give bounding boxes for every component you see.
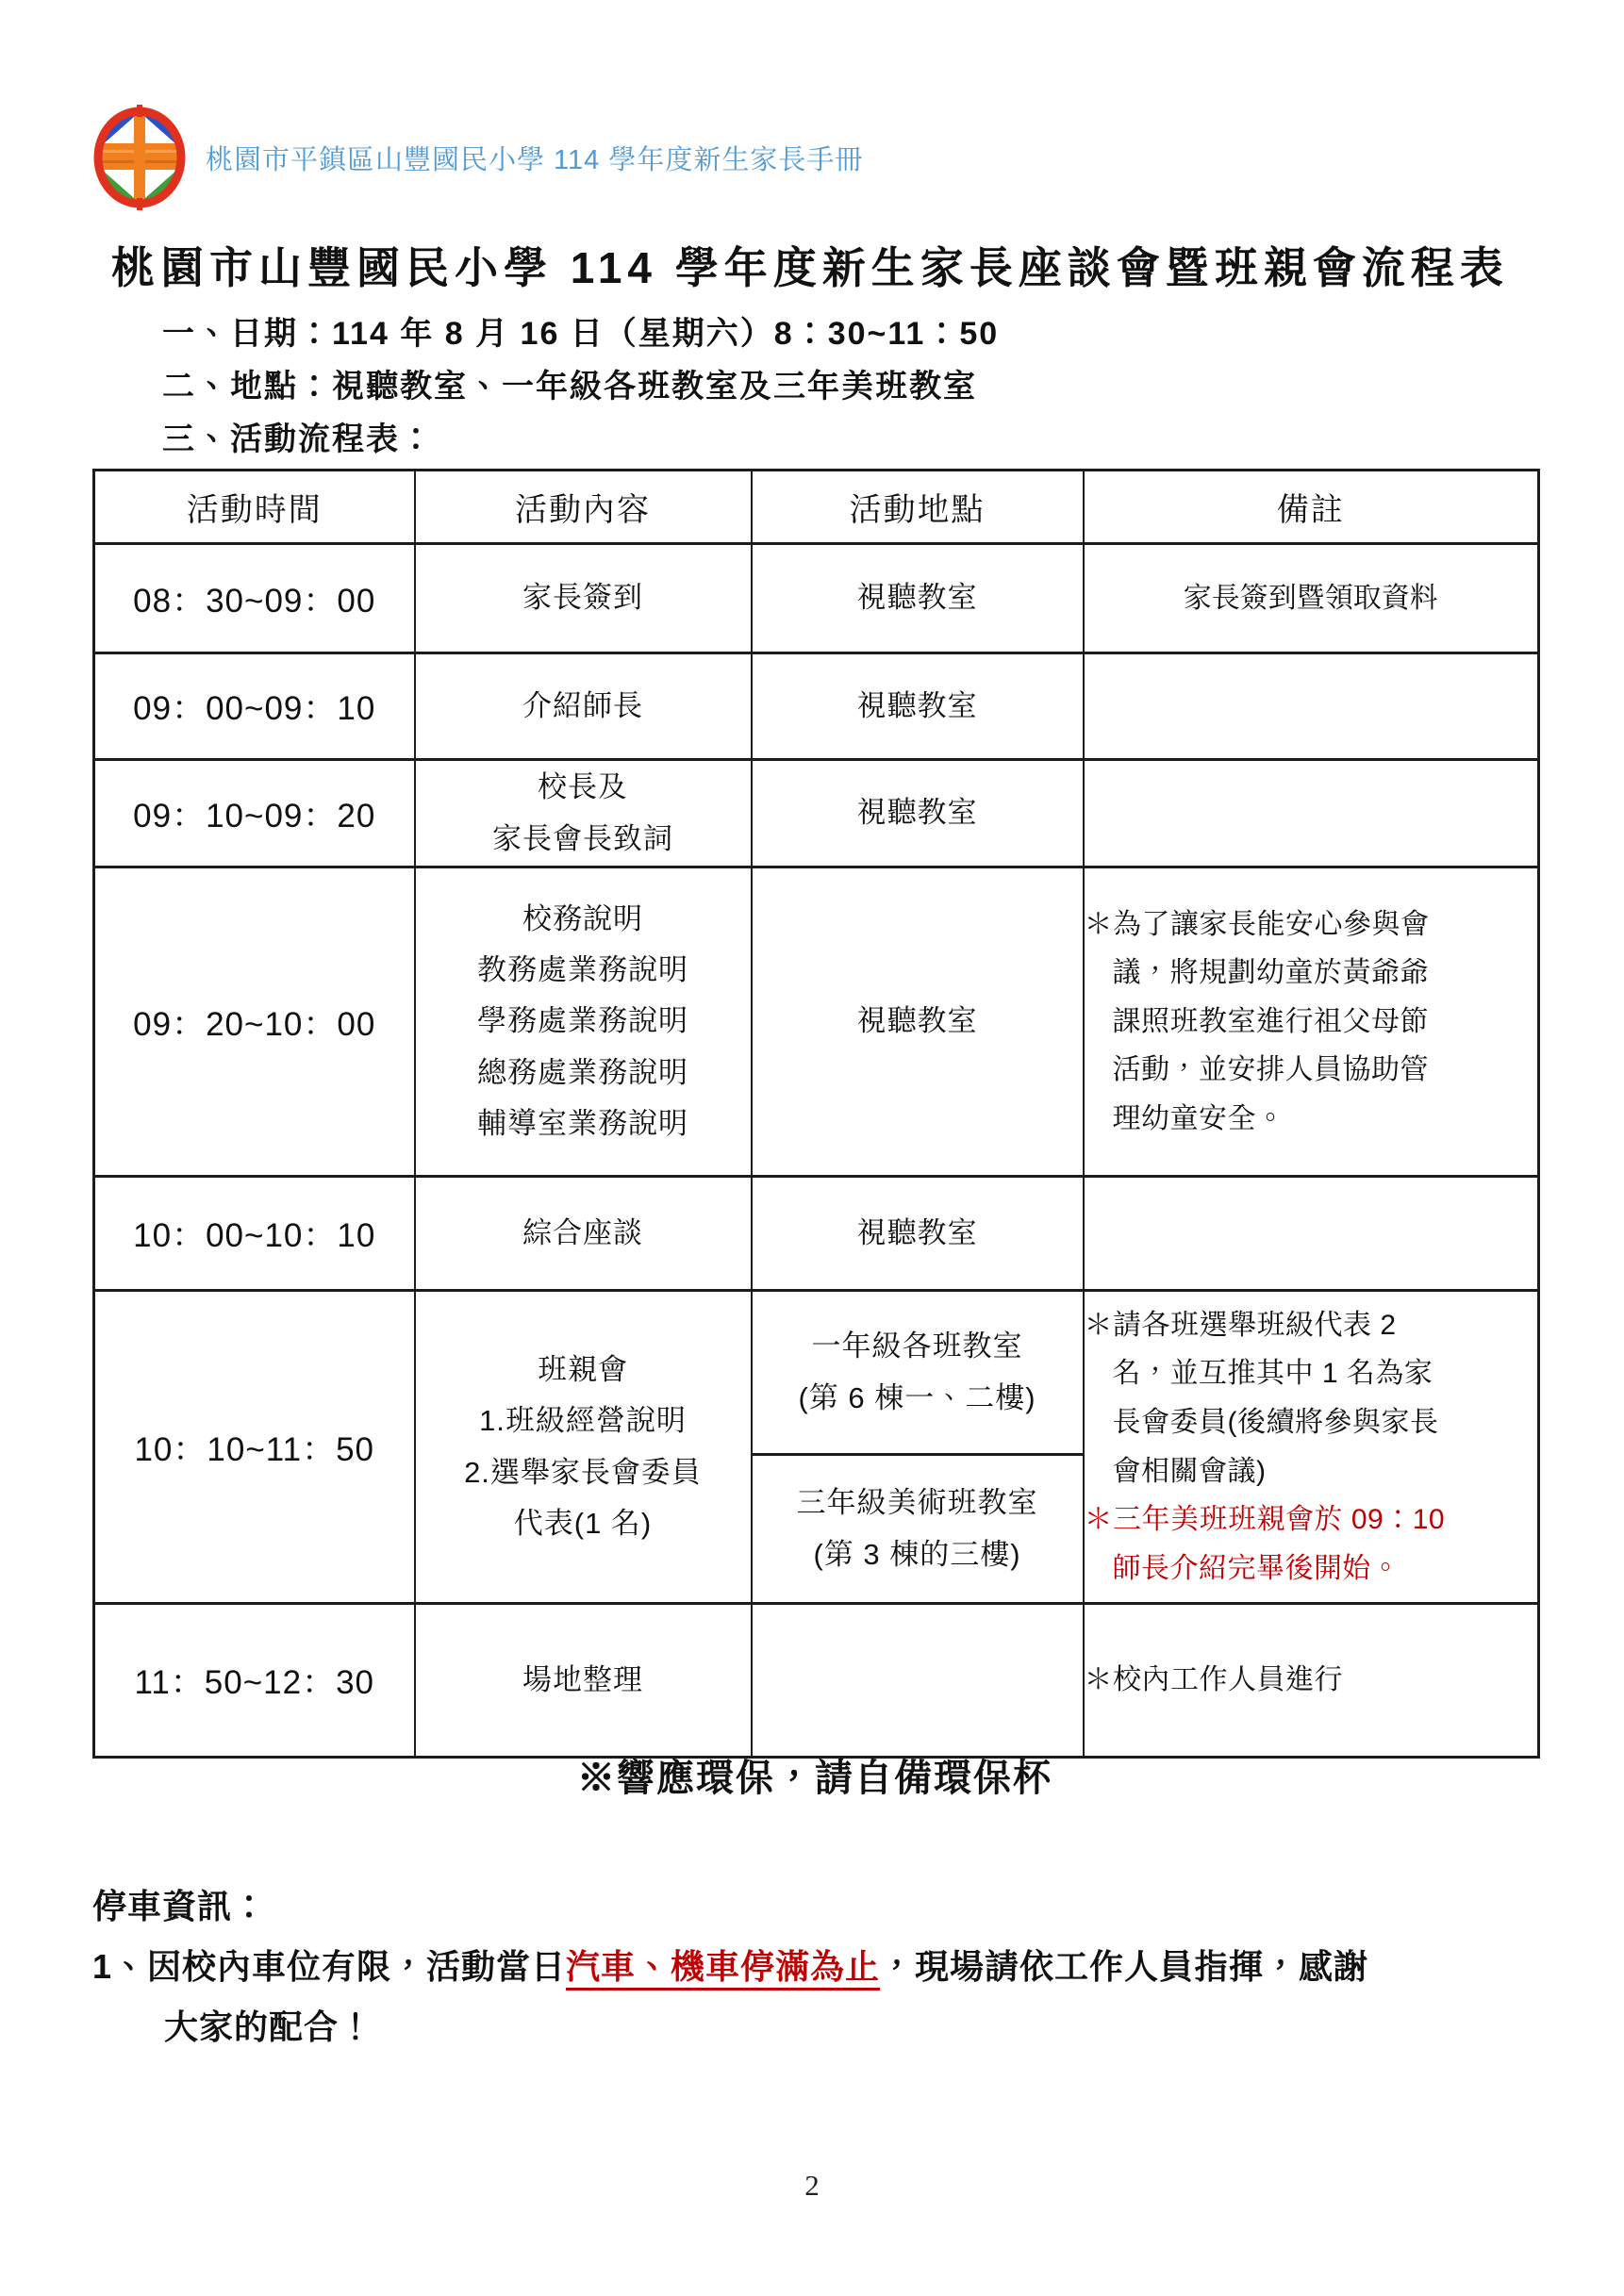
page-title: 桃園市山豐國民小學 114 學年度新生家長座談會暨班親會流程表 bbox=[111, 234, 1509, 296]
parking-text: 1、因校內車位有限，活動當日 bbox=[92, 1947, 566, 1986]
content-cell: 綜合座談 bbox=[415, 1177, 752, 1291]
document-page: 桃園市平鎮區山豐國民小學 114 學年度新生家長手冊 桃園市山豐國民小學 114… bbox=[0, 0, 1624, 2296]
content-cell: 班親會 1.班級經營說明 2.選舉家長會委員 代表(1 名) bbox=[415, 1291, 752, 1604]
remark-note-red: ＊三年美班班親會於 09：10 師長介紹完畢後開始。 bbox=[1085, 1495, 1538, 1593]
content-cell: 校長及 家長會長致詞 bbox=[415, 760, 752, 867]
content-cell: 介紹師長 bbox=[415, 653, 752, 760]
content-cell: 場地整理 bbox=[415, 1604, 752, 1758]
location-cell: 視聽教室 bbox=[752, 760, 1084, 867]
parking-title: 停車資訊： bbox=[92, 1876, 1368, 1937]
page-number: 2 bbox=[0, 2169, 1624, 2203]
table-header-row: 活動時間 活動內容 活動地點 備註 bbox=[94, 471, 1539, 544]
content-cell: 家長簽到 bbox=[415, 544, 752, 653]
location-cell bbox=[752, 1604, 1084, 1758]
table-row: 09：10~09：20 校長及 家長會長致詞 視聽教室 bbox=[94, 760, 1539, 867]
column-header-time: 活動時間 bbox=[94, 471, 415, 544]
booklet-title: 桃園市平鎮區山豐國民小學 114 學年度新生家長手冊 bbox=[206, 139, 863, 177]
remark-note: ＊為了讓家長能安心參與會 議，將規劃幼童於黃爺爺 課照班教室進行祖父母節 活動，… bbox=[1085, 900, 1538, 1144]
time-cell: 08：30~09：00 bbox=[94, 544, 415, 653]
remark-cell bbox=[1084, 1177, 1539, 1291]
parking-highlight: 汽車、機車停滿為止 bbox=[566, 1947, 880, 1986]
time-cell: 09：10~09：20 bbox=[94, 760, 415, 867]
remark-note: ＊校內工作人員進行 bbox=[1085, 1656, 1538, 1705]
info-line-schedule: 三、活動流程表： bbox=[162, 413, 999, 466]
location-cell: 視聽教室 bbox=[752, 544, 1084, 653]
time-cell: 10：00~10：10 bbox=[94, 1177, 415, 1291]
location-cell: 視聽教室 bbox=[752, 653, 1084, 760]
info-line-location: 二、地點：視聽教室、一年級各班教室及三年美班教室 bbox=[162, 360, 999, 413]
column-header-remark: 備註 bbox=[1084, 471, 1539, 544]
remark-cell bbox=[1084, 653, 1539, 760]
remark-cell: 家長簽到暨領取資料 bbox=[1084, 544, 1539, 653]
time-cell: 09：00~09：10 bbox=[94, 653, 415, 760]
table-row: 08：30~09：00 家長簽到 視聽教室 家長簽到暨領取資料 bbox=[94, 544, 1539, 653]
remark-cell bbox=[1084, 760, 1539, 867]
parking-text: ，現場請依工作人員指揮，感謝 bbox=[880, 1947, 1368, 1986]
remark-cell: ＊請各班選舉班級代表 2 名，並互推其中 1 名為家 長會委員(後續將參與家長 … bbox=[1084, 1291, 1539, 1604]
info-line-date: 一、日期：114 年 8 月 16 日（星期六）8：30~11：50 bbox=[162, 307, 999, 360]
table-row: 10：00~10：10 綜合座談 視聽教室 bbox=[94, 1177, 1539, 1291]
info-section: 一、日期：114 年 8 月 16 日（星期六）8：30~11：50 二、地點：… bbox=[162, 307, 999, 466]
remark-note: ＊請各班選舉班級代表 2 名，並互推其中 1 名為家 長會委員(後續將參與家長 … bbox=[1085, 1301, 1538, 1495]
table-row: 11：50~12：30 場地整理 ＊校內工作人員進行 bbox=[94, 1604, 1539, 1758]
location-cell-grade1: 一年級各班教室 (第 6 棟一、二樓) bbox=[752, 1291, 1084, 1455]
time-cell: 11：50~12：30 bbox=[94, 1604, 415, 1758]
location-cell: 視聽教室 bbox=[752, 1177, 1084, 1291]
location-cell: 視聽教室 bbox=[752, 867, 1084, 1177]
time-cell: 09：20~10：00 bbox=[94, 867, 415, 1177]
school-logo-icon bbox=[91, 104, 189, 211]
time-cell: 10：10~11：50 bbox=[94, 1291, 415, 1604]
table-row: 09：00~09：10 介紹師長 視聽教室 bbox=[94, 653, 1539, 760]
content-cell: 校務說明 教務處業務說明 學務處業務說明 總務處業務說明 輔導室業務說明 bbox=[415, 867, 752, 1177]
parking-section: 停車資訊： 1、因校內車位有限，活動當日汽車、機車停滿為止，現場請依工作人員指揮… bbox=[92, 1876, 1368, 2057]
remark-cell: ＊為了讓家長能安心參與會 議，將規劃幼童於黃爺爺 課照班教室進行祖父母節 活動，… bbox=[1084, 867, 1539, 1177]
remark-cell: ＊校內工作人員進行 bbox=[1084, 1604, 1539, 1758]
table-row: 10：10~11：50 班親會 1.班級經營說明 2.選舉家長會委員 代表(1 … bbox=[94, 1291, 1539, 1455]
column-header-content: 活動內容 bbox=[415, 471, 752, 544]
location-cell-grade3-art: 三年級美術班教室 (第 3 棟的三樓) bbox=[752, 1455, 1084, 1604]
parking-line-1: 1、因校內車位有限，活動當日汽車、機車停滿為止，現場請依工作人員指揮，感謝 bbox=[92, 1937, 1368, 1997]
parking-line-2: 大家的配合！ bbox=[92, 1997, 1368, 2057]
schedule-table: 活動時間 活動內容 活動地點 備註 08：30~09：00 家長簽到 視聽教室 … bbox=[92, 469, 1540, 1759]
table-row: 09：20~10：00 校務說明 教務處業務說明 學務處業務說明 總務處業務說明… bbox=[94, 867, 1539, 1177]
eco-reminder: ※響應環保，請自備環保杯 bbox=[92, 1748, 1537, 1802]
column-header-location: 活動地點 bbox=[752, 471, 1084, 544]
booklet-header: 桃園市平鎮區山豐國民小學 114 學年度新生家長手冊 bbox=[91, 104, 863, 211]
